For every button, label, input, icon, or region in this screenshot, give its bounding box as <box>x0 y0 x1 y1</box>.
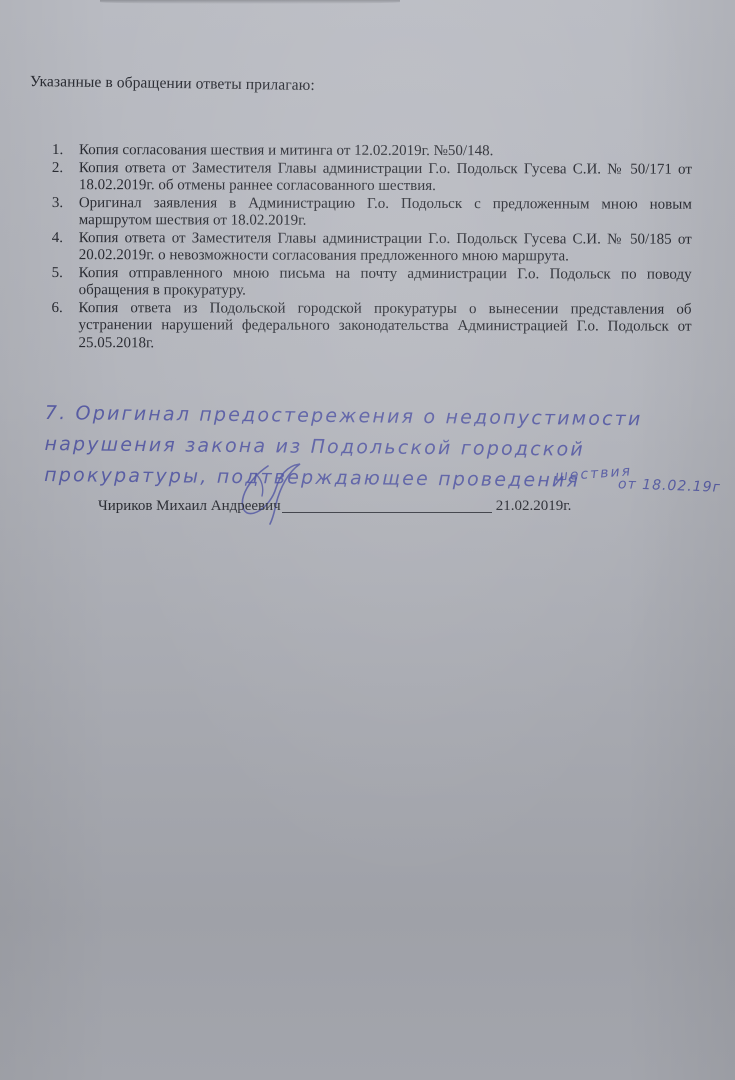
document-page: Указанные в обращении ответы прилагаю: 1… <box>0 0 735 1080</box>
signer-name: Чириков Михаил Андреевич <box>98 498 281 515</box>
item-text: Копия отправленного мною письма на почту… <box>79 265 692 302</box>
list-item: 5. Копия отправленного мною письма на по… <box>52 264 692 301</box>
item-text: Оригинал заявления в Администрацию Г.о. … <box>79 195 692 232</box>
item-text: Копия согласования шествия и митинга от … <box>79 142 692 161</box>
attachments-list: 1. Копия согласования шествия и митинга … <box>51 142 692 354</box>
signature-scribble-icon <box>230 458 310 528</box>
handwritten-item: 7. Оригинал предостережения о недопустим… <box>44 398 705 498</box>
list-item: 3. Оригинал заявления в Администрацию Г.… <box>52 194 692 231</box>
item-text: Копия ответа от Заместителя Главы админи… <box>79 160 692 197</box>
intro-text: Указанные в обращении ответы прилагаю: <box>30 73 315 95</box>
item-number: 4. <box>52 229 79 264</box>
item-number: 5. <box>52 264 79 299</box>
signature-date: 21.02.2019г. <box>496 498 572 515</box>
list-item: 6. Копия ответа из Подольской городской … <box>51 299 691 353</box>
paper-fold-shadow <box>100 0 400 4</box>
item-number: 2. <box>52 159 79 194</box>
item-text: Копия ответа от Заместителя Главы админи… <box>79 230 692 267</box>
signature-line <box>282 498 492 513</box>
signature-row: Чириков Михаил Андреевич 21.02.2019г. <box>98 498 618 515</box>
item-number: 1. <box>52 142 79 160</box>
item-text: Копия ответа из Подольской городской про… <box>78 300 691 354</box>
list-item: 4. Копия ответа от Заместителя Главы адм… <box>52 229 692 266</box>
item-number: 6. <box>51 299 78 352</box>
item-number: 3. <box>52 194 79 229</box>
list-item: 1. Копия согласования шествия и митинга … <box>52 142 692 161</box>
list-item: 2. Копия ответа от Заместителя Главы адм… <box>52 159 692 196</box>
